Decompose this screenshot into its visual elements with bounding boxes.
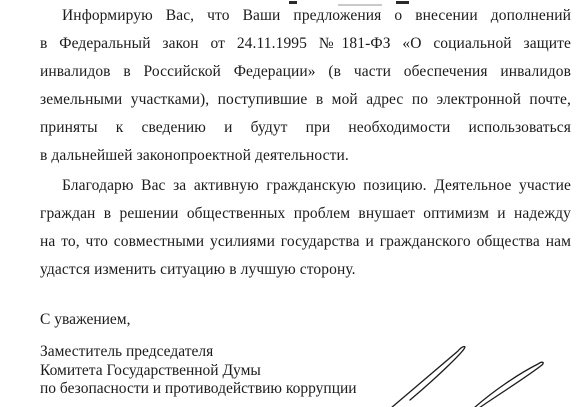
letter-paragraph-2: Благодарю Вас за активную гражданскую по…: [40, 172, 571, 284]
text-line: в Федеральный закон от 24.11.1995 №181-Ф…: [40, 30, 571, 58]
letter-paragraph-1: Информирую Вас, что Ваши предложения о в…: [40, 2, 571, 170]
sender-title-line: по безопасности и противодействию корруп…: [40, 380, 420, 399]
scanned-letter-page: Информирую Вас, что Ваши предложения о в…: [0, 0, 587, 407]
text-line: инвалидов в Российской Федерации» (в час…: [40, 58, 571, 86]
text-line: на то, что совместными усилиями государс…: [40, 228, 571, 256]
sender-title-line: Заместитель председателя: [40, 343, 420, 362]
text-line: удастся изменить ситуацию в лучшую сторо…: [40, 256, 571, 284]
sender-title-block: Заместитель председателя Комитета Госуда…: [40, 343, 420, 399]
text-line: Благодарю Вас за активную гражданскую по…: [40, 172, 571, 200]
text-line: приняты к сведению и будут при необходим…: [40, 114, 571, 142]
text-line: в дальнейшей законопроектной деятельност…: [40, 142, 571, 170]
text-line: граждан в решении общественных проблем в…: [40, 200, 571, 228]
sender-title-line: Комитета Государственной Думы: [40, 362, 420, 381]
handwritten-signature: [380, 300, 587, 407]
closing-salutation: С уважением,: [40, 310, 131, 330]
text-line: Информирую Вас, что Ваши предложения о в…: [40, 2, 571, 30]
text-line: земельными участками), поступившие в мой…: [40, 86, 571, 114]
